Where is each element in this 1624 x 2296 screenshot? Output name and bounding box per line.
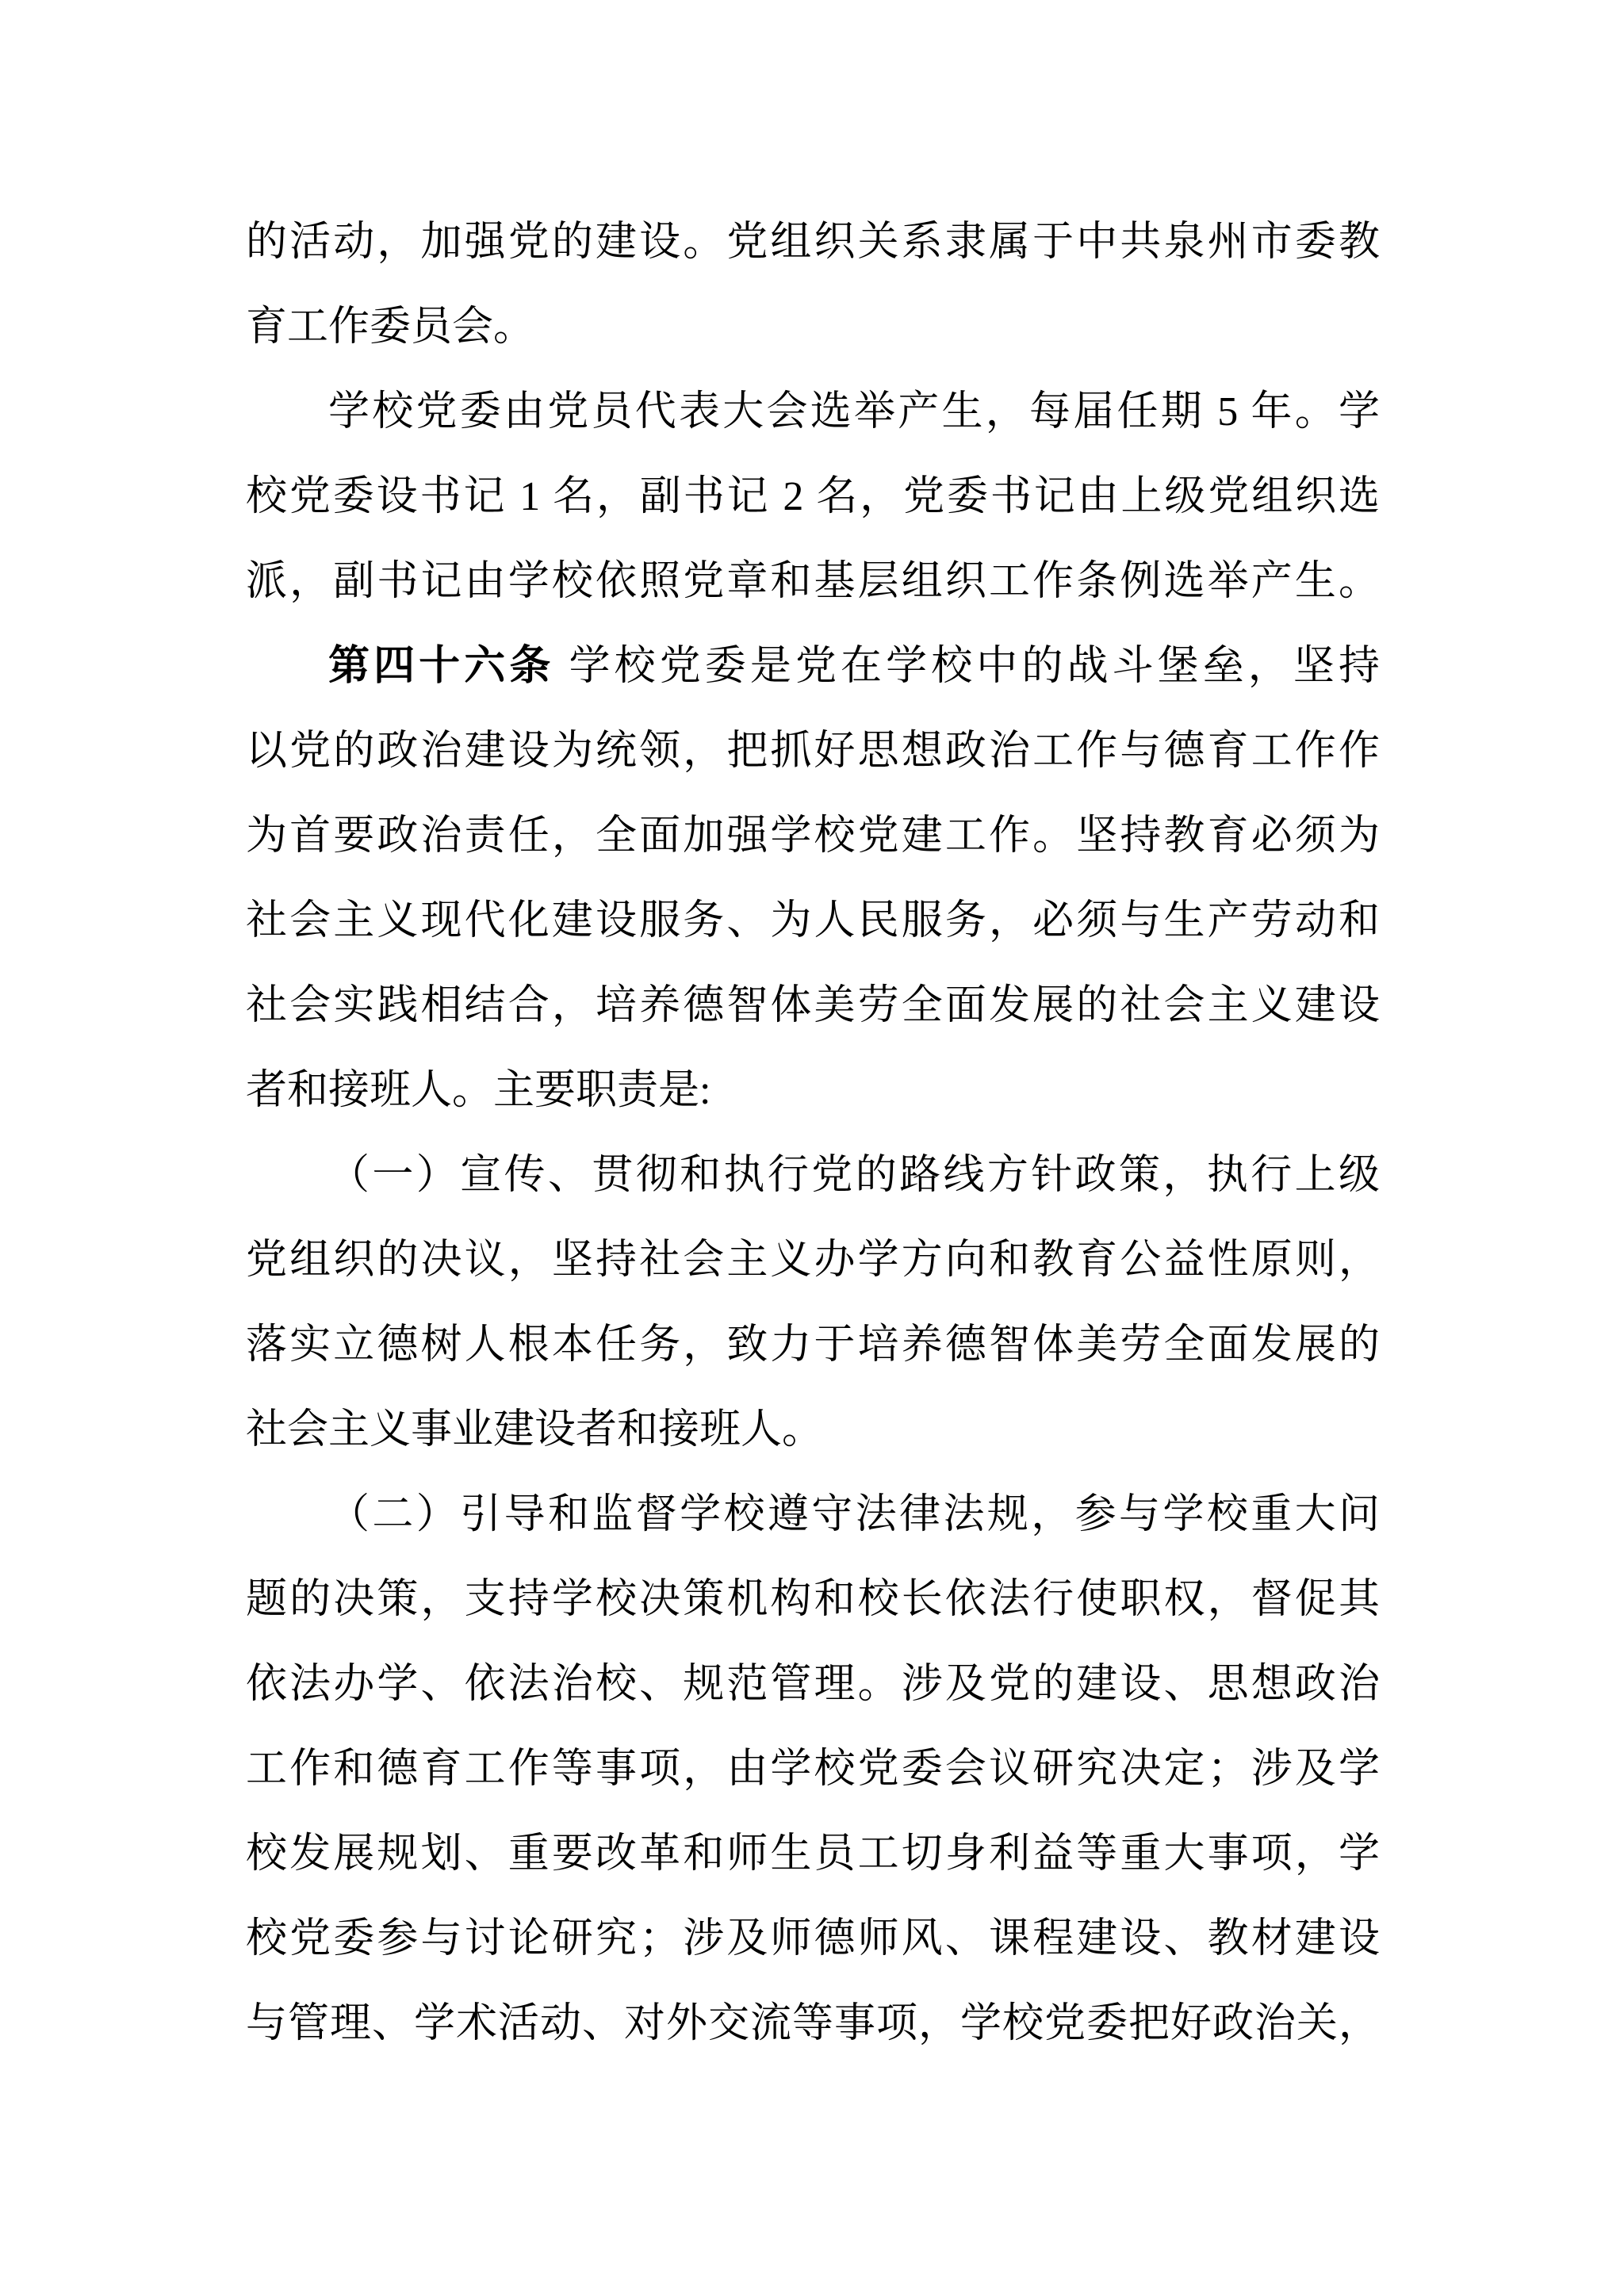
text-run: 学校党委是党在学校中的战斗堡垒，坚持 xyxy=(554,644,1380,689)
text-line: 以党的政治建设为统领，把抓好思想政治工作与德育工作作 xyxy=(246,709,1380,794)
article-number-bold: 第四十六条 xyxy=(328,644,554,689)
document-page: 的活动，加强党的建设。党组织关系隶属于中共泉州市委教育工作委员会。学校党委由党员… xyxy=(0,0,1624,2296)
text-line: 社会实践相结合，培养德智体美劳全面发展的社会主义建设 xyxy=(246,963,1380,1048)
text-line: 的活动，加强党的建设。党组织关系隶属于中共泉州市委教 xyxy=(246,200,1380,285)
paragraph: 学校党委由党员代表大会选举产生，每届任期 5 年。学校党委设书记 1 名，副书记… xyxy=(246,369,1380,624)
paragraph: 第四十六条 学校党委是党在学校中的战斗堡垒，坚持以党的政治建设为统领，把抓好思想… xyxy=(246,624,1380,1133)
text-line: 题的决策，支持学校决策机构和校长依法行使职权，督促其 xyxy=(246,1557,1380,1642)
text-line: 育工作委员会。 xyxy=(246,285,1380,369)
text-line: 依法办学、依法治校、规范管理。涉及党的建设、思想政治 xyxy=(246,1642,1380,1727)
text-line: 第四十六条 学校党委是党在学校中的战斗堡垒，坚持 xyxy=(246,624,1380,709)
text-line: 落实立德树人根本任务，致力于培养德智体美劳全面发展的 xyxy=(246,1303,1380,1387)
paragraph: （二）引导和监督学校遵守法律法规，参与学校重大问题的决策，支持学校决策机构和校长… xyxy=(246,1472,1380,2066)
paragraph: 的活动，加强党的建设。党组织关系隶属于中共泉州市委教育工作委员会。 xyxy=(246,200,1380,369)
text-line: 为首要政治责任，全面加强学校党建工作。坚持教育必须为 xyxy=(246,794,1380,878)
text-line: 与管理、学术活动、对外交流等事项，学校党委把好政治关， xyxy=(246,1981,1380,2066)
text-line: 党组织的决议，坚持社会主义办学方向和教育公益性原则， xyxy=(246,1218,1380,1303)
text-line: 工作和德育工作等事项，由学校党委会议研究决定；涉及学 xyxy=(246,1727,1380,1812)
paragraph: （一）宣传、贯彻和执行党的路线方针政策，执行上级党组织的决议，坚持社会主义办学方… xyxy=(246,1133,1380,1472)
text-line: 校党委设书记 1 名，副书记 2 名，党委书记由上级党组织选 xyxy=(246,454,1380,539)
text-line: （二）引导和监督学校遵守法律法规，参与学校重大问 xyxy=(246,1472,1380,1557)
text-line: 者和接班人。主要职责是: xyxy=(246,1048,1380,1133)
text-line: 学校党委由党员代表大会选举产生，每届任期 5 年。学 xyxy=(246,369,1380,454)
text-line: 校党委参与讨论研究；涉及师德师风、课程建设、教材建设 xyxy=(246,1896,1380,1981)
text-line: 校发展规划、重要改革和师生员工切身利益等重大事项，学 xyxy=(246,1812,1380,1896)
text-line: 社会主义事业建设者和接班人。 xyxy=(246,1387,1380,1472)
text-line: 派，副书记由学校依照党章和基层组织工作条例选举产生。 xyxy=(246,539,1380,624)
document-content: 的活动，加强党的建设。党组织关系隶属于中共泉州市委教育工作委员会。学校党委由党员… xyxy=(246,200,1380,2066)
text-line: （一）宣传、贯彻和执行党的路线方针政策，执行上级 xyxy=(246,1133,1380,1218)
text-line: 社会主义现代化建设服务、为人民服务，必须与生产劳动和 xyxy=(246,878,1380,963)
